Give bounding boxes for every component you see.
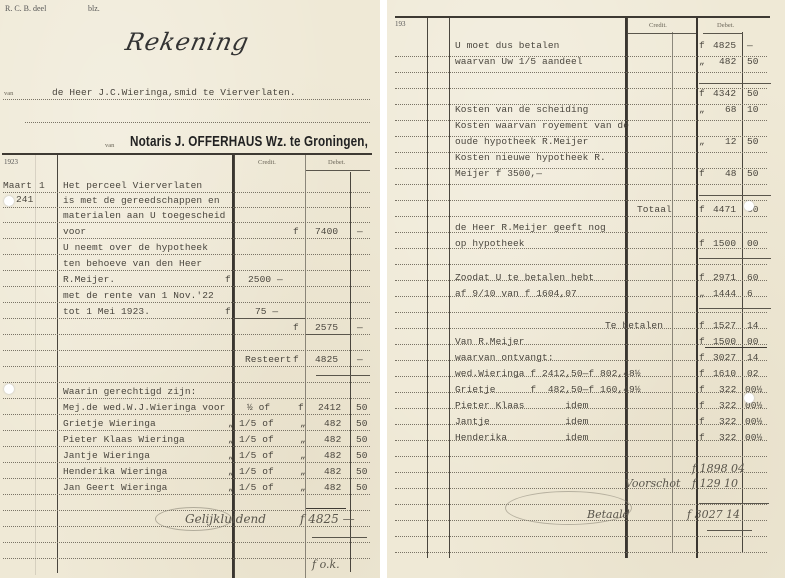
heirs-intro: Waarin gerechtigd zijn: [63,386,196,397]
handwritten-advance: f 129 10 [692,477,738,490]
flourish-mark [155,507,232,531]
debet-cents: 10 [747,104,759,115]
payout-cents: 02 [747,368,759,379]
page-gutter [380,0,387,578]
page-number-label: blz. [88,4,100,13]
ditto-sign: „ [228,482,234,493]
credit-amount: 2500 — [248,274,283,285]
ditto-sign: „ [228,418,234,429]
punch-hole [744,201,754,211]
heir-cents: 50 [356,466,368,477]
heir-amount: 482 [324,450,341,461]
heir-share: 1/5 of [239,450,274,461]
paid-label: Betaald [587,508,630,521]
heir-name: Jan Geert Wieringa [63,482,167,493]
issuer-prefix: van [105,142,114,149]
heir-cents: 50 [356,482,368,493]
debet-cents: 50 [747,136,759,147]
total-amount: 4471 [713,204,736,215]
credit-amount: 75 — [255,306,278,317]
heir-name: Grietje Wieringa [63,418,156,429]
heir-share: 1/5 of [239,482,274,493]
handwritten-check-mark: f o.k. [312,558,340,571]
ditto-sign: „ [300,450,306,461]
entry-line: op hypotheek [455,238,525,249]
ditto-sign: „ [300,434,306,445]
heir-name: Henderika Wieringa [63,466,167,477]
guilder-sign: f [699,352,705,363]
remainder-label: Resteert [245,354,291,365]
guilder-sign: f [699,272,705,283]
entry-line: Zoodat U te betalen hebt [455,272,594,283]
right-page-invoice: 193 Credit. Debet. U moet dus betalen f … [387,0,785,578]
entry-line: ten behoeve van den Heer [63,258,202,269]
heir-name: Jantje Wieringa [63,450,150,461]
entry-line: Meijer f 3500,— [455,168,542,179]
heir-cents: 50 [356,450,368,461]
debet-amount: 48 [725,168,737,179]
ditto-sign: „ [300,466,306,477]
guilder-sign: f [293,226,299,237]
entry-line: tot 1 Mei 1923. [63,306,150,317]
payout-amount: 322 [719,400,736,411]
entry-line: waarvan ontvangt: [455,352,554,363]
heir-amount: 482 [324,466,341,477]
heir-cents: 50 [356,434,368,445]
guilder-sign: f [225,306,231,317]
ditto-sign: „ [699,288,705,299]
guilder-sign: f [699,416,705,427]
debet-cents: — [357,354,363,365]
payout-line: wed.Wieringa f 2412,50—f 802,48½ [455,368,641,379]
payout-cents: 00½ [745,416,762,427]
guilder-sign: f [699,204,705,215]
heir-share: 1/5 of [239,466,274,477]
guilder-sign: f [699,336,705,347]
debet-cents: 14 [747,352,759,363]
heir-cents: 50 [356,418,368,429]
year: 1923 [4,158,18,166]
punch-hole [4,196,14,206]
payout-amount: 1610 [713,368,736,379]
issuer-notary: Notaris J. OFFERHAUS Wz. te Groningen, [130,133,372,150]
debet-cents: 00 [747,238,759,249]
ditto-sign: „ [699,104,705,115]
debet-cents: 6 [747,288,753,299]
entry-day: 1 [39,180,45,191]
paid-amount: f 3027 14 [687,508,740,521]
entry-line: Kosten waarvan royement van de [455,120,629,131]
entry-line: U neemt over de hypotheek [63,242,208,253]
heir-amount: 2412 [318,402,341,413]
entry-line: de Heer R.Meijer geeft nog [455,222,606,233]
debet-column-header: Debet. [328,159,345,166]
ditto-sign: „ [228,450,234,461]
subtotal-amount: 4342 [713,88,736,99]
entry-line: is met de gereedschappen en [63,195,220,206]
debet-amount: 2575 [315,322,338,333]
heir-name: Pieter Klaas Wieringa [63,434,185,445]
payout-amount: 322 [719,432,736,443]
entry-line: U moet dus betalen [455,40,559,51]
credit-column-header: Credit. [649,22,667,29]
guilder-sign: f [699,432,705,443]
left-page-invoice: R. C. B. deel blz. Rekening van de Heer … [0,0,380,578]
entry-line: R.Meijer. [63,274,115,285]
payout-cents: 00½ [745,432,762,443]
heir-name: Mej.de wed.W.J.Wieringa voor [63,402,225,413]
payout-amount: 322 [719,384,736,395]
year: 193 [395,20,406,28]
heir-share: 1/5 of [239,434,274,445]
payout-line: Jantje idem [455,416,588,427]
payout-amount: 322 [719,416,736,427]
debet-amount: 12 [725,136,737,147]
mortgage-amount: 1500 [713,238,736,249]
debet-cents: 60 [747,272,759,283]
credit-column-header: Credit. [258,159,276,166]
debet-cents: 00 [747,336,759,347]
entry-line: waarvan Uw 1/5 aandeel [455,56,583,67]
entry-line: Van R.Meijer [455,336,525,347]
entry-line: oude hypotheek R.Meijer [455,136,588,147]
heir-amount: 482 [324,418,341,429]
ditto-sign: „ [300,482,306,493]
handwritten-advance-label: Voorschot [625,477,680,490]
heir-amount: 482 [324,482,341,493]
entry-reference-number: 241 [16,194,33,205]
total-label: Totaal [637,204,672,215]
entry-line: Het perceel Vierverlaten [63,180,202,191]
payout-line: Pieter Klaas idem [455,400,588,411]
heir-cents: 50 [356,402,368,413]
entry-line: Kosten nieuwe hypotheek R. [455,152,606,163]
debet-amount: 1500 [713,336,736,347]
punch-hole [744,393,754,403]
ditto-sign: „ [300,418,306,429]
entry-line: met de rente van 1 Nov.'22 [63,290,214,301]
ditto-sign: „ [228,434,234,445]
heir-share: ½ of [247,402,270,413]
debet-cents: — [357,322,363,333]
debet-cents: — [747,40,753,51]
payout-line: Grietje f 482,50—f 160,49½ [455,384,641,395]
remainder-amount: 4825 [315,354,338,365]
entry-line: materialen aan U toegescheid [63,210,225,221]
debet-amount: 3027 [713,352,736,363]
guilder-sign: f [699,400,705,411]
addressee: de Heer J.C.Wieringa,smid te Vierverlate… [52,87,296,98]
payout-line: Henderika idem [455,432,588,443]
debet-cents: 14 [747,320,759,331]
entry-line: Kosten van de scheiding [455,104,588,115]
debet-amount: 2971 [713,272,736,283]
debet-cents: — [357,226,363,237]
addressee-prefix: van [4,90,13,97]
ditto-sign: „ [228,466,234,477]
guilder-sign: f [699,368,705,379]
entry-line: voor [63,226,86,237]
guilder-sign: f [699,320,705,331]
debet-column-header: Debet. [717,22,734,29]
debet-amount: 482 [719,56,736,67]
document-title: Rekening [123,28,252,56]
ditto-sign: „ [699,136,705,147]
debet-amount: 4825 [713,40,736,51]
guilder-sign: f [293,322,299,333]
guilder-sign: f [699,168,705,179]
ditto-sign: „ [699,56,705,67]
ledger-reference: R. C. B. deel [5,4,46,13]
heir-share: 1/5 of [239,418,274,429]
handwritten-sum: f 1898 04 [692,462,745,475]
amount-due-label: Te betalen [605,320,663,331]
debet-amount: 68 [725,104,737,115]
debet-amount: 1444 [713,288,736,299]
guilder-sign: f [225,274,231,285]
debet-amount: 7400 [315,226,338,237]
heir-amount: 482 [324,434,341,445]
amount-due: 1527 [713,320,736,331]
guilder-sign: f [699,88,705,99]
debet-cents: 50 [747,88,759,99]
debet-cents: 50 [747,56,759,67]
guilder-sign: f [699,238,705,249]
entry-month: Maart [3,180,32,191]
entry-line: af 9/10 van f 1604,07 [455,288,577,299]
debet-cents: 50 [747,168,759,179]
guilder-sign: f [699,384,705,395]
guilder-sign: f [293,354,299,365]
punch-hole [4,384,14,394]
guilder-sign: f [699,40,705,51]
handwritten-total: f 4825 — [300,512,355,526]
guilder-sign: f [298,402,304,413]
